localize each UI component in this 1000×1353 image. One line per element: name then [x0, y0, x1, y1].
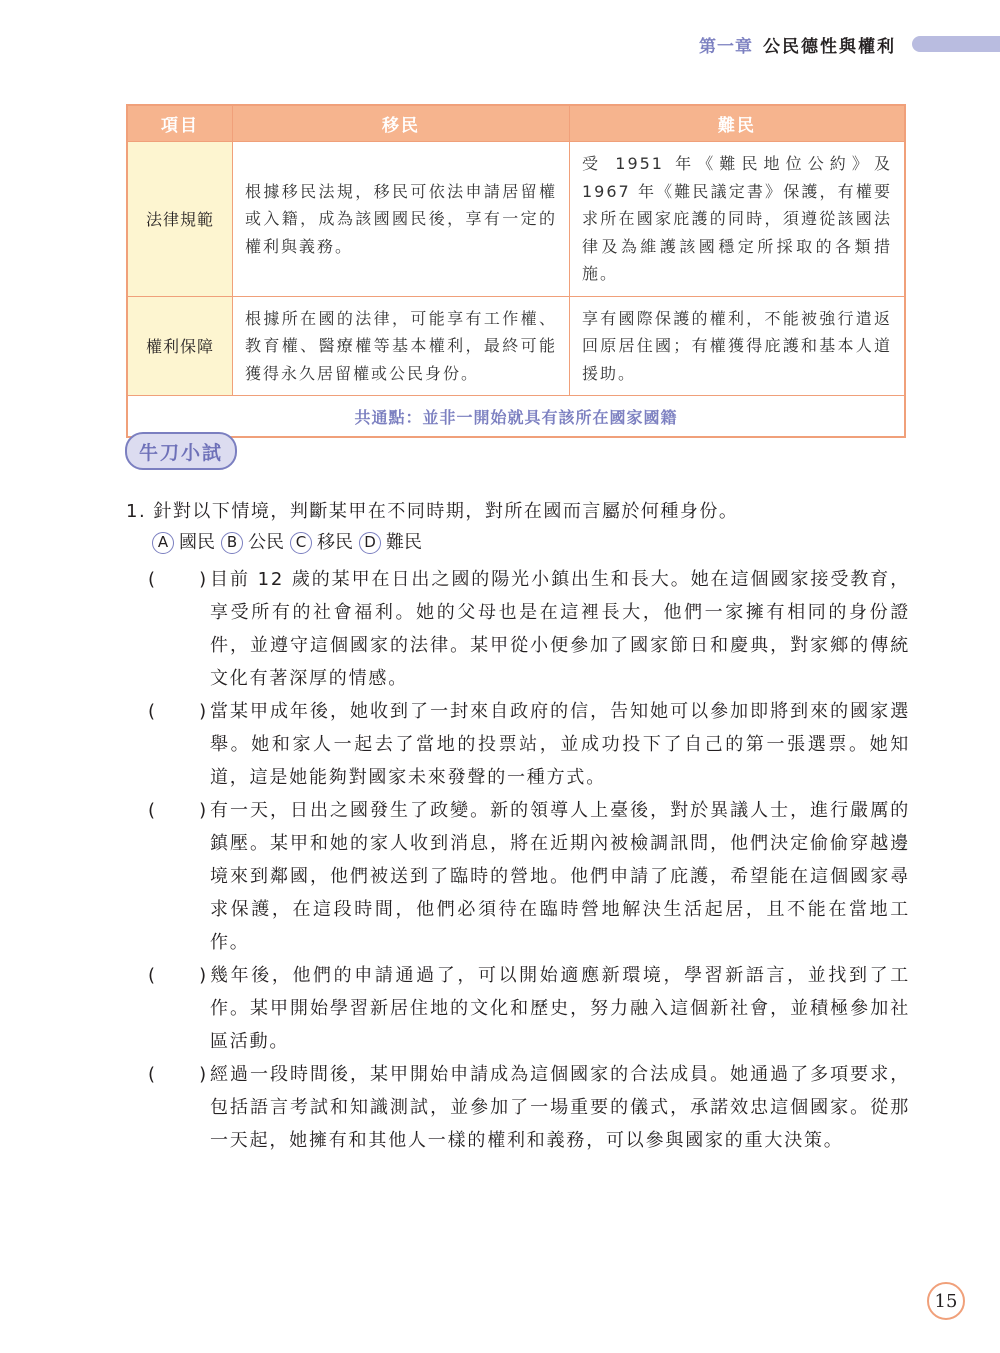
scenario-text: 目前 12 歲的某甲在日出之國的陽光小鎮出生和長大。她在這個國家接受教育，享受所…	[208, 563, 910, 695]
option-letter-icon: C	[290, 532, 312, 554]
option-d: D 難民	[359, 526, 422, 559]
option-label: 難民	[386, 526, 422, 559]
chapter-label: 第一章	[699, 32, 753, 57]
common-point: 共通點：並非一開始就具有該所在國家國籍	[127, 396, 905, 438]
option-letter-icon: B	[221, 532, 243, 554]
answer-blank[interactable]: ()	[148, 1058, 208, 1157]
option-label: 公民	[248, 526, 284, 559]
scenario-item: () 經過一段時間後，某甲開始申請成為這個國家的合法成員。她通過了多項要求，包括…	[148, 1058, 910, 1157]
answer-blank[interactable]: ()	[148, 794, 208, 959]
scenario-text: 幾年後，他們的申請通過了，可以開始適應新環境，學習新語言，並找到了工作。某甲開始…	[208, 959, 910, 1058]
table-row: 權利保障 根據所在國的法律，可能享有工作權、教育權、醫療權等基本權利，最終可能獲…	[127, 296, 905, 396]
option-label: 移民	[317, 526, 353, 559]
scenario-text: 有一天，日出之國發生了政變。新的領導人上臺後，對於異議人士，進行嚴厲的鎮壓。某甲…	[208, 794, 910, 959]
scenario-item: () 目前 12 歲的某甲在日出之國的陽光小鎮出生和長大。她在這個國家接受教育，…	[148, 563, 910, 695]
table-row: 法律規範 根據移民法規，移民可依法申請居留權或入籍，成為該國國民後，享有一定的權…	[127, 142, 905, 297]
answer-blank[interactable]: ()	[148, 959, 208, 1058]
option-a: A 國民	[152, 526, 215, 559]
exercise-badge: 牛刀小試	[125, 432, 237, 470]
column-header-item: 項目	[127, 105, 233, 142]
option-letter-icon: D	[359, 532, 381, 554]
row-label: 權利保障	[127, 296, 233, 396]
answer-blank[interactable]: ()	[148, 695, 208, 794]
scenario-item: () 幾年後，他們的申請通過了，可以開始適應新環境，學習新語言，並找到了工作。某…	[148, 959, 910, 1058]
page-number: 15	[927, 1282, 965, 1320]
option-letter-icon: A	[152, 532, 174, 554]
question-prompt: 1. 針對以下情境，判斷某甲在不同時期，對所在國而言屬於何種身份。	[126, 495, 738, 528]
row-label: 法律規範	[127, 142, 233, 297]
column-header-immigrant: 移民	[233, 105, 570, 142]
chapter-title: 公民德性與權利	[763, 32, 896, 57]
common-row: 共通點：並非一開始就具有該所在國家國籍	[127, 396, 905, 438]
comparison-table: 項目 移民 難民 法律規範 根據移民法規，移民可依法申請居留權或入籍，成為該國國…	[126, 104, 906, 438]
chapter-tab-decoration	[912, 36, 1000, 52]
option-c: C 移民	[290, 526, 353, 559]
refugee-cell: 受 1951 年《難民地位公約》及 1967 年《難民議定書》保護，有權要求所在…	[570, 142, 906, 297]
running-header: 第一章 公民德性與權利	[699, 30, 1000, 58]
scenario-text: 當某甲成年後，她收到了一封來自政府的信，告知她可以參加即將到來的國家選舉。她和家…	[208, 695, 910, 794]
scenario-item: () 有一天，日出之國發生了政變。新的領導人上臺後，對於異議人士，進行嚴厲的鎮壓…	[148, 794, 910, 959]
scenario-list: () 目前 12 歲的某甲在日出之國的陽光小鎮出生和長大。她在這個國家接受教育，…	[148, 563, 910, 1157]
answer-options: A 國民 B 公民 C 移民 D 難民	[152, 526, 428, 559]
scenario-item: () 當某甲成年後，她收到了一封來自政府的信，告知她可以參加即將到來的國家選舉。…	[148, 695, 910, 794]
immigrant-cell: 根據所在國的法律，可能享有工作權、教育權、醫療權等基本權利，最終可能獲得永久居留…	[233, 296, 570, 396]
scenario-text: 經過一段時間後，某甲開始申請成為這個國家的合法成員。她通過了多項要求，包括語言考…	[208, 1058, 910, 1157]
table-header-row: 項目 移民 難民	[127, 105, 905, 142]
option-label: 國民	[179, 526, 215, 559]
answer-blank[interactable]: ()	[148, 563, 208, 695]
immigrant-cell: 根據移民法規，移民可依法申請居留權或入籍，成為該國國民後，享有一定的權利與義務。	[233, 142, 570, 297]
refugee-cell: 享有國際保護的權利，不能被強行遣返回原居住國；有權獲得庇護和基本人道援助。	[570, 296, 906, 396]
column-header-refugee: 難民	[570, 105, 906, 142]
option-b: B 公民	[221, 526, 284, 559]
